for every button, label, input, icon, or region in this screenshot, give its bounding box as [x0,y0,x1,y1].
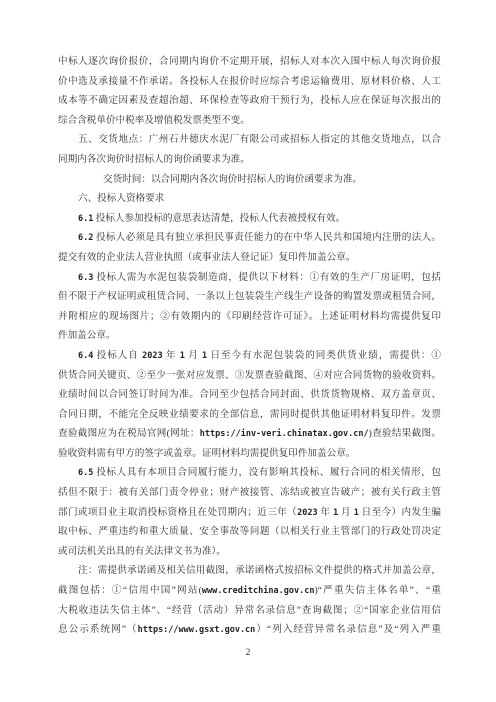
text-line: 截图包括：①“信用中国”网站(www.creditchina.gov.cn)“严… [58,581,441,601]
latin-text: 6.1 [78,214,93,224]
text-line: 价中选及承接量不作承诺。各投标人在报价时应综合考虑运输费用、原材料价格、人工 [58,72,441,92]
text-line: 交货时间：以合同期内各次询价时招标人的询价函要求为准。 [58,170,441,190]
latin-text: 2023 [297,508,317,518]
text-line: 6.2 投标人必须是具有独立承担民事责任能力的在中华人民共和国境内注册的法人。 [58,228,441,248]
text-line: 息公示系统网”（https://www.gsxt.gov.cn）“列入经营异常名… [58,620,441,640]
latin-text: 6.3 [78,273,93,283]
document-page: 中标人逐次询价报价，合同期内询价不定期开展，招标人对本次入围中标人每次询价报价中… [0,0,496,702]
text-line: 业绩时间以合同签订时间为准。合同至少包括合同封面、供货货物规格、双方盖章页、 [58,385,441,405]
text-line: 验收资料需有甲方的签字或盖章。证明材料均需提供复印件加盖公章。 [58,444,441,464]
text-line: 综合含税单价中税率及增值税发票类型不变。 [58,111,441,131]
text-line: 但不限于产权证明或租赁合同、一条以上包装袋生产线生产设备的购置发票或租赁合同， [58,287,441,307]
latin-text: https://www.gsxt.gov.cn [138,625,256,635]
latin-text: 1 [354,508,359,518]
text-line: 6.1 投标人参加投标的意思表达清楚，投标人代表被授权有效。 [58,209,441,229]
text-line: 件加盖公章。 [58,326,441,346]
text-line: 同期内各次询价时招标人的询价函要求为准。 [58,150,441,170]
latin-text: 1 [180,351,185,361]
text-line: 部门或项目业主取消投标资格且在处罚期内；近三年（2023 年 1 月 1 日至今… [58,503,441,523]
latin-text: www.creditchina.gov.cn [202,586,315,596]
text-line: 大税收违法失信主体”、“经营（活动）异常名录信息”查询截图；②“国家企业信用信 [58,601,441,621]
text-line: 合同日期，不能完全反映业绩要求的全部信息，需同时提供其他证明材料复印件。发票 [58,405,441,425]
text-line: 成本等不确定因素及查超治超、环保检查等政府干预行为，投标人应在保证每次报出的 [58,91,441,111]
text-line: 查验截图应为在税局官网(网址：https://inv-veri.chinatax… [58,424,441,444]
text-line: 提交有效的企业法人营业执照（或事业法人登记证）复印件加盖公章。 [58,248,441,268]
document-body: 中标人逐次询价报价，合同期内询价不定期开展，招标人对本次入围中标人每次询价报价中… [58,52,441,640]
latin-text: 1 [333,508,338,518]
latin-text: 6.5 [78,468,93,478]
text-line: 或司法机关出具的有关法律文书为准）。 [58,542,441,562]
latin-text: 6.2 [78,233,93,243]
text-line: 6.4 投标人自 2023 年 1 月 1 日至今有水泥包装袋的同类供货业绩，需… [58,346,441,366]
latin-text: 2023 [142,351,162,361]
text-line: 取中标、严重违约和重大质量、安全事故等问题（以相关行业主管部门的行政处罚决定 [58,522,441,542]
text-line: 五、交货地点：广州石井德庆水泥厂有限公司或招标人指定的其他交货地点，以合 [58,130,441,150]
text-line: 供货合同关键页、②至少一张对应发票、③发票查验截图、④对应合同货物的验收资料。 [58,366,441,386]
latin-text: https://inv-veri.chinatax.gov.cn/ [200,429,369,439]
text-line: 并附相应的现场图片；②有效期内的《印刷经营许可证》。上述证明材料均需提供复印 [58,307,441,327]
text-line: 6.5 投标人具有本项目合同履行能力，没有影响其投标、履行合同的相关情形，包 [58,463,441,483]
page-number: 2 [0,648,496,658]
text-line: 6.3 投标人需为水泥包装袋制造商，提供以下材料：①有效的生产厂房证明，包括 [58,268,441,288]
text-line: 括但不限于：被有关部门责令停业；财产被接管、冻结或被宣告破产；被有关行政主管 [58,483,441,503]
latin-text: 6.4 [78,351,93,361]
latin-text: 1 [202,351,207,361]
text-line: 中标人逐次询价报价，合同期内询价不定期开展，招标人对本次入围中标人每次询价报 [58,52,441,72]
text-line: 注：需提供承诺函及相关信用截图，承诺函格式按招标文件提供的格式并加盖公章， [58,561,441,581]
text-line: 六、投标人资格要求 [58,189,441,209]
